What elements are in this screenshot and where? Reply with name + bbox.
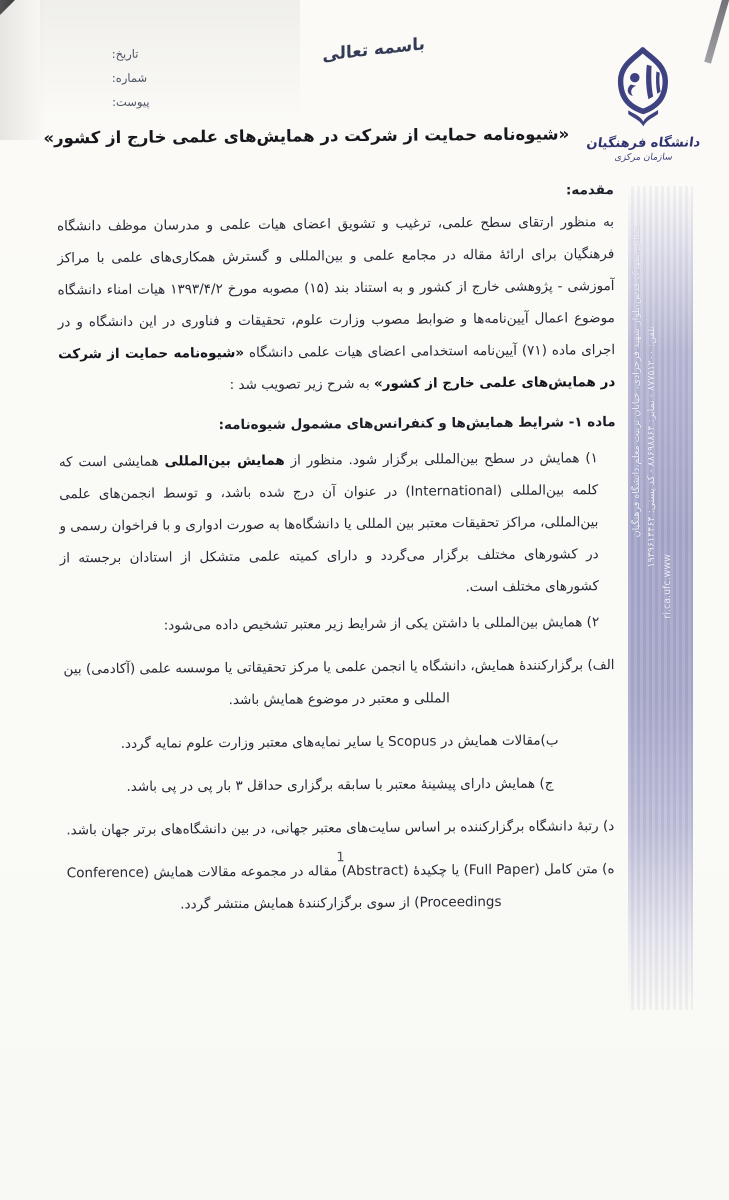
intro-text-pre: به منظور ارتقای سطح علمی، ترغیب و تشویق … <box>57 214 615 361</box>
item1-text-bold: همایش بین‌المللی <box>165 453 285 470</box>
numbered-item-2: ۲) همایش بین‌المللی با داشتن یکی از شرای… <box>60 606 599 642</box>
intro-heading: مقدمه: <box>57 174 614 210</box>
sub-item-jim: ج) همایش دارای پیشینهٔ معتبر با سابقه بر… <box>61 767 618 803</box>
sub-item-alef: الف) برگزارکنندهٔ همایش، دانشگاه یا انجم… <box>60 649 617 717</box>
item1-text-post: همایشی است که کلمه بین‌المللی (Internati… <box>59 454 599 596</box>
sub-item-dal: د) رتبهٔ دانشگاه برگزارکننده بر اساس سای… <box>62 810 619 846</box>
sub-item-be: ب)مقالات همایش در Scopus یا سایر نمایه‌ه… <box>61 724 618 760</box>
intro-text-post: به شرح زیر تصویب شد : <box>230 376 374 393</box>
document-content: تاریخ: شماره: پیوست: باسمه تعالی دانشگاه <box>0 0 729 1200</box>
numbered-item-1: ۱) همایش در سطح بین‌المللی برگزار شود. م… <box>59 442 599 606</box>
article1-heading: ماده ۱- شرایط همایش‌ها و کنفرانس‌های مشم… <box>59 406 616 442</box>
date-label: تاریخ: <box>112 41 194 66</box>
university-emblem-icon <box>612 46 675 134</box>
university-logo-block: دانشگاه فرهنگیان سازمان مرکزی <box>582 45 705 163</box>
university-org: سازمان مرکزی <box>582 152 705 163</box>
bismillah-calligraphy: باسمه تعالی <box>304 32 443 68</box>
document-body: مقدمه: به منظور ارتقای سطح علمی، ترغیب و… <box>57 174 620 921</box>
university-name: دانشگاه فرهنگیان <box>581 135 705 151</box>
document-title: «شیوه‌نامه حمایت از شرکت در همایش‌های عل… <box>26 124 586 147</box>
letter-meta-labels: تاریخ: شماره: پیوست: <box>112 41 195 114</box>
intro-paragraph: به منظور ارتقای سطح علمی، ترغیب و تشویق … <box>57 206 615 402</box>
attachment-label: پیوست: <box>112 89 194 114</box>
item1-text-pre: ۱) همایش در سطح بین‌المللی برگزار شود. م… <box>285 450 598 468</box>
scanned-document-page: نشانی:شهرک قدس،بلوار شهید فرحزادی، خیابا… <box>0 0 729 1200</box>
number-label: شماره: <box>112 65 194 90</box>
